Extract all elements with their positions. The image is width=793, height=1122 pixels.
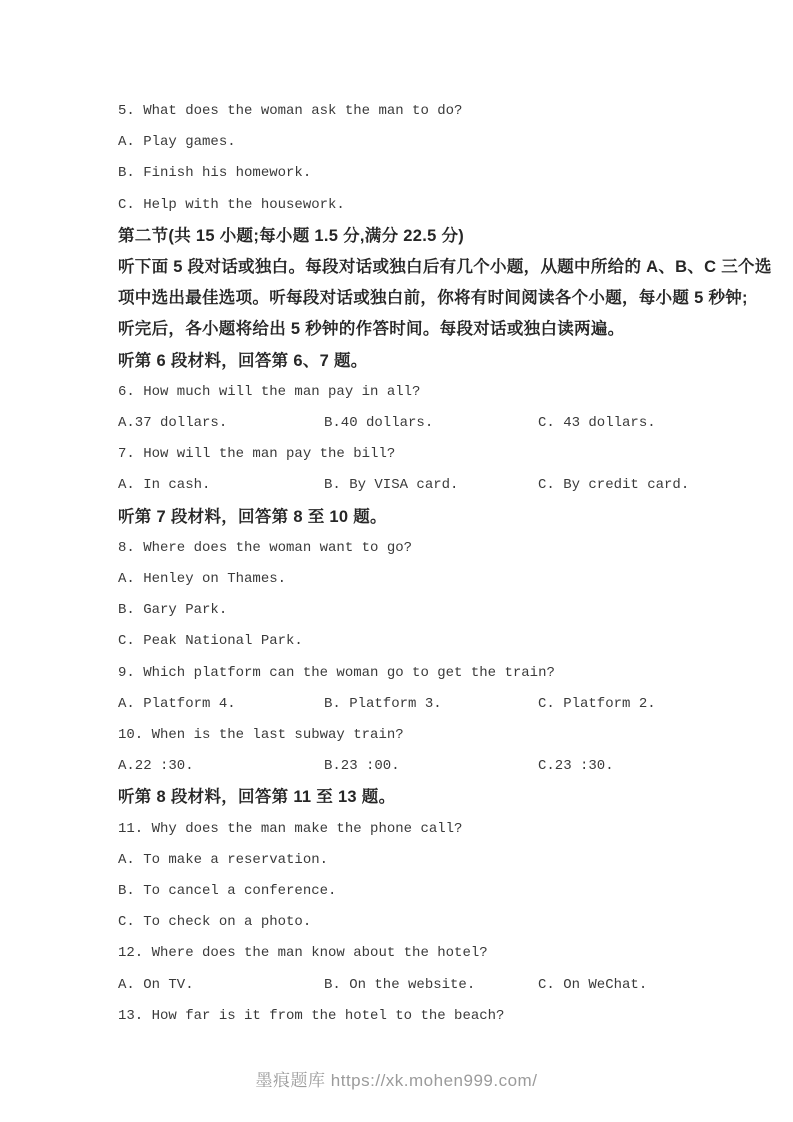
option-10-a: A.22 :30.: [118, 751, 324, 782]
exam-page: 5. What does the woman ask the man to do…: [0, 0, 793, 1122]
option-9-a: A. Platform 4.: [118, 689, 324, 720]
option-6-a: A.37 dollars.: [118, 408, 324, 439]
exam-content: 5. What does the woman ask the man to do…: [118, 96, 668, 1032]
material-6-heading: 听第 6 段材料，回答第 6、7 题。: [118, 346, 668, 377]
material-8-heading: 听第 8 段材料，回答第 11 至 13 题。: [118, 782, 668, 813]
question-8: 8. Where does the woman want to go?: [118, 533, 668, 564]
section-2-heading: 第二节(共 15 小题;每小题 1.5 分,满分 22.5 分): [118, 221, 668, 252]
option-5-b: B. Finish his homework.: [118, 158, 668, 189]
option-9-c: C. Platform 2.: [538, 689, 668, 720]
option-5-c: C. Help with the housework.: [118, 190, 668, 221]
question-10: 10. When is the last subway train?: [118, 720, 668, 751]
question-9: 9. Which platform can the woman go to ge…: [118, 658, 668, 689]
option-8-b: B. Gary Park.: [118, 595, 668, 626]
option-row-9: A. Platform 4. B. Platform 3. C. Platfor…: [118, 689, 668, 720]
option-12-c: C. On WeChat.: [538, 970, 668, 1001]
option-row-10: A.22 :30. B.23 :00. C.23 :30.: [118, 751, 668, 782]
option-7-b: B. By VISA card.: [324, 470, 538, 501]
option-11-a: A. To make a reservation.: [118, 845, 668, 876]
option-11-c: C. To check on a photo.: [118, 907, 668, 938]
question-12: 12. Where does the man know about the ho…: [118, 938, 668, 969]
option-row-7: A. In cash. B. By VISA card. C. By credi…: [118, 470, 668, 501]
option-12-b: B. On the website.: [324, 970, 538, 1001]
option-row-6: A.37 dollars. B.40 dollars. C. 43 dollar…: [118, 408, 668, 439]
option-11-b: B. To cancel a conference.: [118, 876, 668, 907]
material-7-heading: 听第 7 段材料，回答第 8 至 10 题。: [118, 502, 668, 533]
instructions-line-1: 听下面 5 段对话或独白。每段对话或独白后有几个小题，从题中所给的 A、B、C …: [118, 252, 668, 283]
option-5-a: A. Play games.: [118, 127, 668, 158]
watermark-footer: 墨痕题库 https://xk.mohen999.com/: [0, 1066, 793, 1091]
option-10-c: C.23 :30.: [538, 751, 668, 782]
option-7-c: C. By credit card.: [538, 470, 689, 501]
question-6: 6. How much will the man pay in all?: [118, 377, 668, 408]
option-12-a: A. On TV.: [118, 970, 324, 1001]
question-11: 11. Why does the man make the phone call…: [118, 814, 668, 845]
instructions-line-3: 听完后，各小题将给出 5 秒钟的作答时间。每段对话或独白读两遍。: [118, 314, 668, 345]
option-10-b: B.23 :00.: [324, 751, 538, 782]
option-row-12: A. On TV. B. On the website. C. On WeCha…: [118, 970, 668, 1001]
question-7: 7. How will the man pay the bill?: [118, 439, 668, 470]
option-7-a: A. In cash.: [118, 470, 324, 501]
option-8-c: C. Peak National Park.: [118, 626, 668, 657]
option-8-a: A. Henley on Thames.: [118, 564, 668, 595]
instructions-line-2: 项中选出最佳选项。听每段对话或独白前，你将有时间阅读各个小题，每小题 5 秒钟;: [118, 283, 668, 314]
question-5: 5. What does the woman ask the man to do…: [118, 96, 668, 127]
question-13: 13. How far is it from the hotel to the …: [118, 1001, 668, 1032]
option-6-b: B.40 dollars.: [324, 408, 538, 439]
option-6-c: C. 43 dollars.: [538, 408, 668, 439]
option-9-b: B. Platform 3.: [324, 689, 538, 720]
